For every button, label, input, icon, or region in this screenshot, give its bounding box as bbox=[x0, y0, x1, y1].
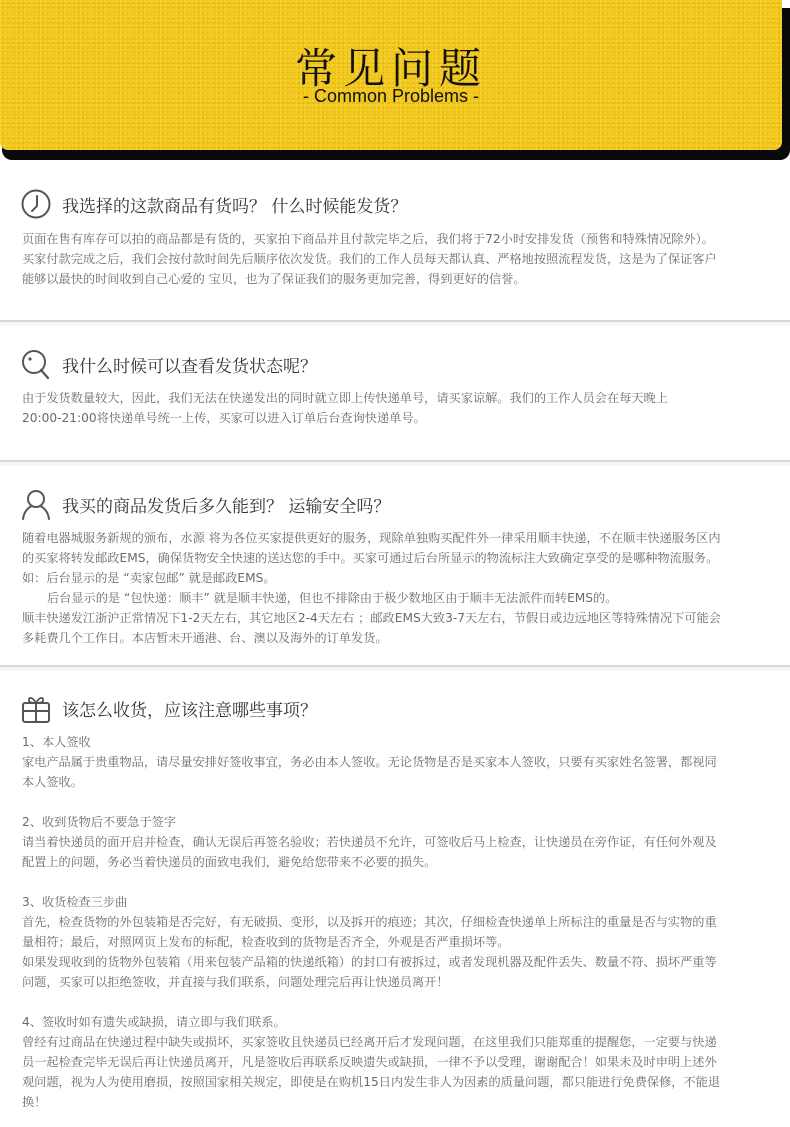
user-icon bbox=[20, 488, 52, 520]
answer-line: 问题，买家可以拒绝签收，并直接与我们联系，问题处理完后再让快递员离开！ bbox=[22, 972, 772, 992]
faq-question-delivery-time: 我买的商品发货后多久能到？ 运输安全吗？ bbox=[20, 488, 390, 520]
answer-line: 本人签收。 bbox=[22, 772, 772, 792]
answer-line: 随着电器城服务新规的颁布，水源 将为各位买家提供更好的服务，现除单独购买配件外一… bbox=[22, 528, 772, 548]
faq-question-receiving: 该怎么收货，应该注意哪些事项？ bbox=[20, 692, 317, 724]
answer-line: 配置上的问题，务必当着快递员的面致电我们，避免给您带来不必要的损失。 bbox=[22, 852, 772, 872]
answer-line: 后台显示的是 “包快递：顺丰” 就是顺丰快递，但也不排除由于极少数地区由于顺丰无… bbox=[22, 588, 772, 608]
answer-line: 员一起检查完毕无误后再让快递员离开，凡是签收后再联系反映遗失或缺损，一律不予以受… bbox=[22, 1052, 772, 1072]
answer-text: 页面在售有库存可以拍的商品都是有货的，买家拍下商品并且付款完毕之后，我们将于72… bbox=[22, 229, 772, 289]
answer-line: 换！ bbox=[22, 1092, 772, 1112]
answer-line: 20:00-21:00将快递单号统一上传，买家可以进入订单后台查询快递单号。 bbox=[22, 408, 772, 428]
answer-line: 能够以最快的时间收到自己心爱的 宝贝，也为了保证我们的服务更加完善，得到更好的信… bbox=[22, 269, 772, 289]
gift-icon bbox=[20, 692, 52, 724]
answer-line: 的买家将转发邮政EMS，确保货物安全快速的送达您的手中。买家可通过后台所显示的物… bbox=[22, 548, 772, 568]
question-title: 我选择的这款商品有货吗？ 什么时候能发货？ bbox=[62, 192, 407, 217]
answer-line: 多耗费几个工作日。本店暂未开通港、台、澳以及海外的订单发货。 bbox=[22, 628, 772, 648]
search-icon bbox=[20, 348, 52, 380]
clock-icon bbox=[20, 188, 52, 220]
item-heading: 3、收货检查三步曲 bbox=[22, 892, 772, 912]
question-title: 我什么时候可以查看发货状态呢？ bbox=[62, 352, 317, 377]
answer-text: 由于发货数量较大，因此，我们无法在快递发出的同时就立即上传快递单号，请买家谅解。… bbox=[22, 388, 772, 428]
answer-text: 1、本人签收 家电产品属于贵重物品，请尽量安排好签收事宜，务必由本人签收。无论货… bbox=[22, 732, 772, 1112]
faq-question-stock: 我选择的这款商品有货吗？ 什么时候能发货？ bbox=[20, 188, 407, 220]
item-heading: 1、本人签收 bbox=[22, 732, 772, 752]
answer-text: 随着电器城服务新规的颁布，水源 将为各位买家提供更好的服务，现除单独购买配件外一… bbox=[22, 528, 772, 648]
answer-line: 观问题，视为人为使用磨损，按照国家相关规定，即使是在购机15日内发生非人为因素的… bbox=[22, 1072, 772, 1092]
question-title: 该怎么收货，应该注意哪些事项？ bbox=[62, 696, 317, 721]
item-heading: 4、签收时如有遗失或缺损，请立即与我们联系。 bbox=[22, 1012, 772, 1032]
answer-line: 曾经有过商品在快递过程中缺失或损坏，买家签收且快递员已经离开后才发现问题，在这里… bbox=[22, 1032, 772, 1052]
answer-line: 顺丰快递发江浙沪正常情况下1-2天左右，其它地区2-4天左右 ；邮政EMS大致3… bbox=[22, 608, 772, 628]
answer-line: 页面在售有库存可以拍的商品都是有货的，买家拍下商品并且付款完毕之后，我们将于72… bbox=[22, 229, 772, 249]
banner-panel: 常见问题 - Common Problems - bbox=[0, 0, 782, 150]
answer-line: 买家付款完成之后，我们会按付款时间先后顺序依次发货。我们的工作人员每天都认真、严… bbox=[22, 249, 772, 269]
answer-line: 家电产品属于贵重物品，请尽量安排好签收事宜，务必由本人签收。无论货物是否是买家本… bbox=[22, 752, 772, 772]
item-heading: 2、收到货物后不要急于签字 bbox=[22, 812, 772, 832]
answer-line: 如果发现收到的货物外包装箱（用来包装产品箱的快递纸箱）的封口有被拆过，或者发现机… bbox=[22, 952, 772, 972]
answer-line: 首先，检查货物的外包装箱是否完好，有无破损、变形，以及拆开的痕迹；其次，仔细检查… bbox=[22, 912, 772, 932]
faq-question-shipping-status: 我什么时候可以查看发货状态呢？ bbox=[20, 348, 317, 380]
section-divider bbox=[0, 320, 790, 322]
answer-line: 请当着快递员的面开启并检查，确认无误后再签名验收；若快递员不允许，可签收后马上检… bbox=[22, 832, 772, 852]
answer-line: 如：后台显示的是 “卖家包邮” 就是邮政EMS。 bbox=[22, 568, 772, 588]
section-divider bbox=[0, 665, 790, 667]
section-divider bbox=[0, 460, 790, 462]
question-title: 我买的商品发货后多久能到？ 运输安全吗？ bbox=[62, 492, 390, 517]
page-subtitle: - Common Problems - bbox=[0, 86, 782, 107]
answer-line: 量相符；最后，对照网页上发布的标配，检查收到的货物是否齐全，外观是否严重损坏等。 bbox=[22, 932, 772, 952]
header-banner: 常见问题 - Common Problems - bbox=[0, 0, 790, 162]
answer-line: 由于发货数量较大，因此，我们无法在快递发出的同时就立即上传快递单号，请买家谅解。… bbox=[22, 388, 772, 408]
